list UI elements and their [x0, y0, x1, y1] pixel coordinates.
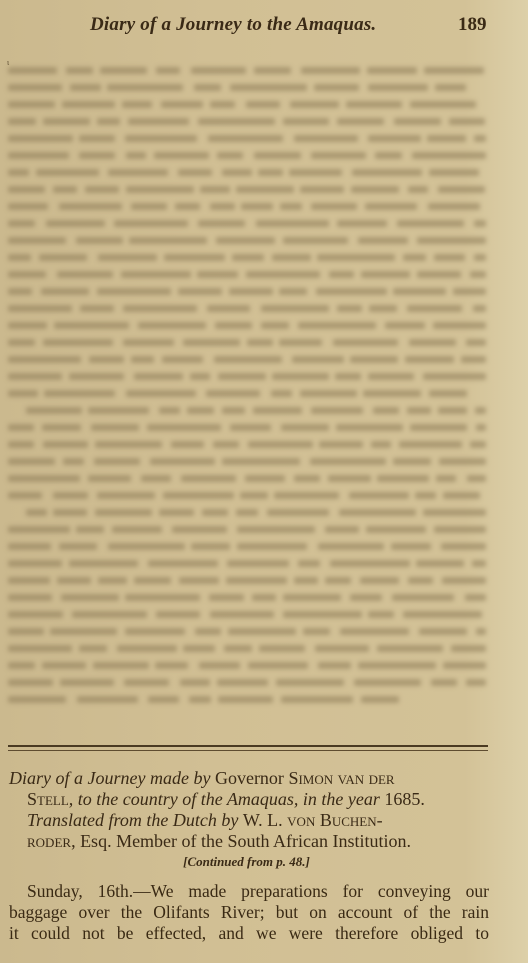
blurred-text-line — [8, 368, 488, 385]
blurred-text-line — [8, 589, 488, 606]
blurred-body-text — [8, 62, 488, 708]
blurred-text-line — [8, 521, 488, 538]
blurred-text-line — [8, 453, 488, 470]
blurred-text-line — [8, 606, 488, 623]
blurred-text-line — [8, 317, 488, 334]
heading-line: roder, Esq. Member of the South African … — [9, 831, 489, 852]
body-line: it could not be effected, and we were th… — [9, 923, 489, 944]
blurred-text-line — [8, 555, 488, 572]
blurred-text-line — [8, 283, 488, 300]
blurred-text-line — [8, 538, 488, 555]
blurred-text-line — [8, 198, 488, 215]
blurred-text-line — [8, 402, 488, 419]
blurred-text-line — [8, 232, 488, 249]
blurred-text-line — [8, 147, 488, 164]
blurred-text-line — [8, 181, 488, 198]
blurred-text-line — [8, 674, 488, 691]
blurred-text-line — [8, 691, 488, 708]
page-number: 189 — [458, 14, 487, 36]
blurred-text-line — [8, 249, 488, 266]
heading-line: Stell, to the country of the Amaquas, in… — [9, 789, 489, 810]
blurred-text-line — [8, 487, 488, 504]
blurred-text-line — [8, 436, 488, 453]
section-divider-rule — [8, 745, 488, 751]
blurred-text-line — [8, 215, 488, 232]
blurred-text-line — [8, 113, 488, 130]
article-body-text: Sunday, 16th.—We made preparations for c… — [9, 881, 489, 944]
body-line: baggage over the Olifants River; but on … — [9, 902, 489, 923]
blurred-text-line — [8, 62, 488, 79]
blurred-text-line — [8, 164, 488, 181]
article-heading: Diary of a Journey made by Governor Simo… — [9, 768, 489, 872]
blurred-text-line — [8, 96, 488, 113]
blurred-text-line — [8, 130, 488, 147]
blurred-text-line — [8, 300, 488, 317]
blurred-text-line — [8, 640, 488, 657]
body-line: Sunday, 16th.—We made preparations for c… — [9, 881, 489, 902]
blurred-text-line — [8, 351, 488, 368]
running-head: Diary of a Journey to the Amaquas. 189 — [0, 14, 528, 44]
blurred-text-line — [8, 79, 488, 96]
blurred-text-line — [8, 334, 488, 351]
blurred-text-line — [8, 470, 488, 487]
blurred-text-line — [8, 504, 488, 521]
heading-line: Diary of a Journey made by Governor Simo… — [9, 768, 489, 789]
running-title: Diary of a Journey to the Amaquas. — [90, 14, 376, 36]
blurred-text-line — [8, 419, 488, 436]
blurred-text-line — [8, 623, 488, 640]
heading-line: Translated from the Dutch by W. L. von B… — [9, 810, 489, 831]
blurred-text-line — [8, 385, 488, 402]
blurred-text-line — [8, 657, 488, 674]
continued-note: [Continued from p. 48.] — [4, 852, 489, 872]
blurred-text-line — [8, 572, 488, 589]
blurred-text-line — [8, 266, 488, 283]
